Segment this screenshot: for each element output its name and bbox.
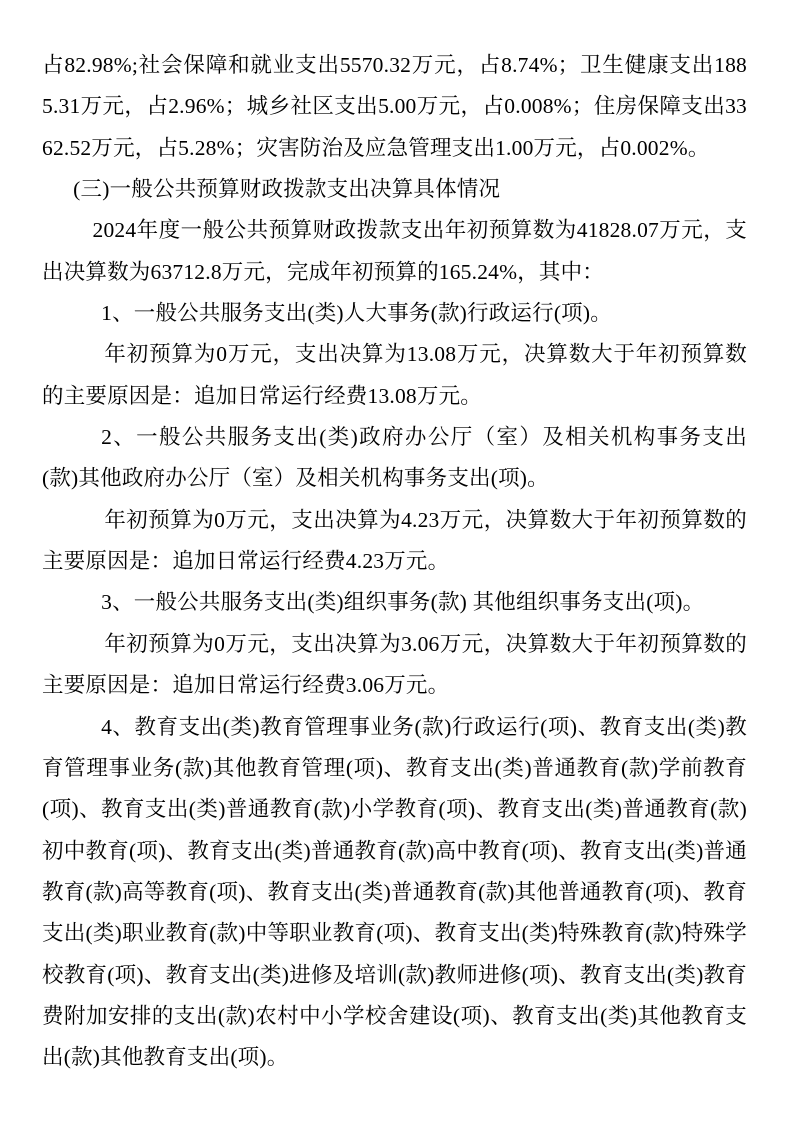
item-2-explanation: 年初预算为0万元，支出决算为4.23万元，决算数大于年初预算数的主要原因是：追加… [42, 500, 747, 583]
item-3-title: 3、一般公共服务支出(类)组织事务(款) 其他组织事务支出(项)。 [42, 582, 747, 623]
item-3-explanation: 年初预算为0万元，支出决算为3.06万元，决算数大于年初预算数的主要原因是：追加… [42, 624, 747, 707]
document-page: 占82.98%;社会保障和就业支出5570.32万元，占8.74%；卫生健康支出… [0, 0, 793, 1122]
item-1-explanation: 年初预算为0万元，支出决算为13.08万元，决算数大于年初预算数的主要原因是：追… [42, 334, 747, 417]
item-2-title: 2、一般公共服务支出(类)政府办公厅（室）及相关机构事务支出(款)其他政府办公厅… [42, 417, 747, 500]
document-content: 占82.98%;社会保障和就业支出5570.32万元，占8.74%；卫生健康支出… [0, 0, 793, 1079]
para-expenditure-percentages-continued: 占82.98%;社会保障和就业支出5570.32万元，占8.74%；卫生健康支出… [42, 45, 747, 169]
para-2024-budget-summary: 2024年度一般公共预算财政拨款支出年初预算数为41828.07万元，支出决算数… [42, 210, 747, 293]
item-4-education-expenditure-list: 4、教育支出(类)教育管理事业务(款)行政运行(项)、教育支出(类)教育管理事业… [42, 707, 747, 1079]
item-1-title: 1、一般公共服务支出(类)人大事务(款)行政运行(项)。 [42, 293, 747, 334]
heading-section-three: (三)一般公共预算财政拨款支出决算具体情况 [42, 169, 747, 210]
